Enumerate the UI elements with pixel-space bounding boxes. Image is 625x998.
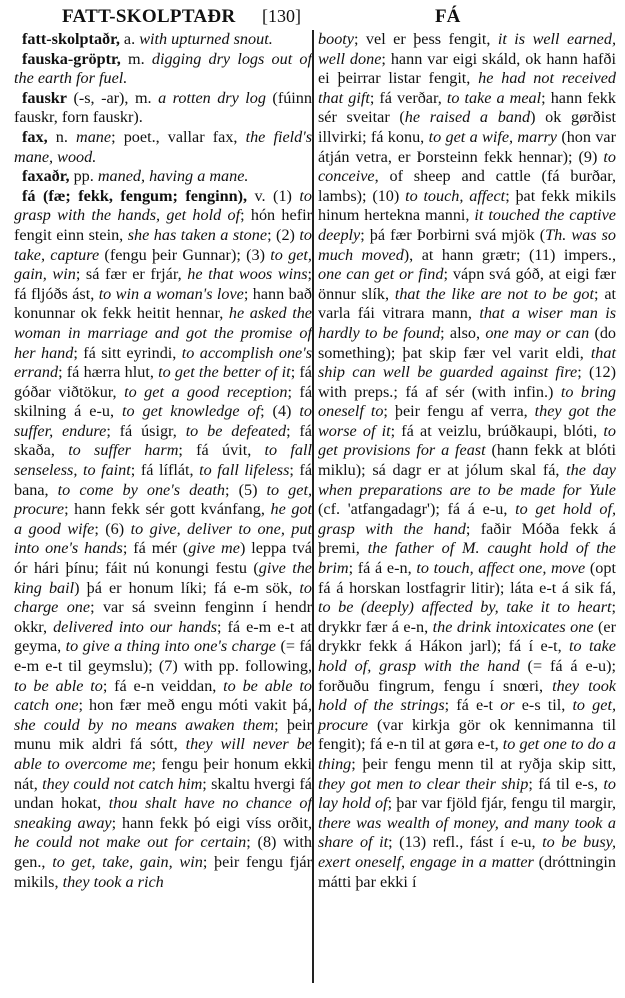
definition-gloss: he raised a band <box>405 108 530 126</box>
dictionary-entry: fax, n. mane; poet., vallar fax, the fie… <box>14 128 312 167</box>
headword: fauskr <box>22 89 67 107</box>
definition-gloss: with upturned snout. <box>139 30 273 48</box>
definition-gloss: to be defeated <box>186 422 286 440</box>
definition-gloss: or <box>500 696 514 714</box>
entry-text: ; fá úvit, <box>178 441 264 459</box>
definition-gloss: he that woos wins <box>187 265 307 283</box>
definition-gloss: booty <box>318 30 354 48</box>
definition-gloss: the drink intoxicates one <box>433 618 594 636</box>
definition-gloss: mane <box>76 128 111 146</box>
headword: fauska-gröptr, <box>22 50 121 68</box>
right-column: booty; vel er þess fengit, it is well ea… <box>318 30 616 892</box>
headword: faxaðr, <box>22 167 70 185</box>
entry-text: ; þeir fengu af verra, <box>383 402 534 420</box>
entry-text: a. <box>120 30 139 48</box>
definition-gloss: to touch, affect <box>405 187 505 205</box>
definition-gloss: to take a meal <box>447 89 541 107</box>
definition-gloss: to get knowledge of <box>122 402 260 420</box>
entry-text: ; (6) <box>94 520 130 538</box>
definition-gloss: to give a thing into one's charge <box>66 637 276 655</box>
definition-gloss: to get, take, gain, win <box>52 853 203 871</box>
definition-gloss: to touch, affect one, move <box>416 559 585 577</box>
entry-text: ) þá er honum líki; fá e-m sök, <box>74 579 299 597</box>
dictionary-entry: booty; vel er þess fengit, it is well ea… <box>318 30 616 892</box>
definition-gloss: delivered into our hands <box>53 618 217 636</box>
definition-gloss: they took a rich <box>63 873 164 891</box>
entry-text: ; fá e-t <box>445 696 501 714</box>
definition-gloss: to be (deeply) affected by, take it to h… <box>318 598 612 616</box>
definition-gloss: that the like are not to be got <box>395 285 594 303</box>
definition-gloss: to get a good reception <box>124 383 287 401</box>
definition-gloss: to come by one's death <box>58 481 225 499</box>
entry-text: ; (5) <box>225 481 267 499</box>
entry-text: ; fá hærra hlut, <box>58 363 158 381</box>
definition-gloss: give me <box>188 539 240 557</box>
entry-text: ; fá mér ( <box>123 539 188 557</box>
definition-gloss: a rotten dry log <box>158 89 266 107</box>
dictionary-entry: fatt-skolptaðr, a. with upturned snout. <box>14 30 312 50</box>
definition-gloss: she could by no means awaken them <box>14 716 274 734</box>
definition-gloss: to get the better of it <box>158 363 291 381</box>
headword: fá (fæ; fekk, fengum; fenginn), <box>22 187 247 205</box>
entry-text: ; vel er þess fengit, <box>354 30 498 48</box>
entry-text: ; fá úsigr, <box>106 422 185 440</box>
definition-gloss: they could not catch him <box>42 775 202 793</box>
left-guide-word: FATT-SKOLPTAÐR <box>62 6 235 28</box>
entry-text: ; þeir fengu menn til at ryðja skip sitt… <box>351 755 616 773</box>
left-column: fatt-skolptaðr, a. with upturned snout.f… <box>14 30 312 892</box>
definition-gloss: they got men to clear their ship <box>318 775 528 793</box>
definition-gloss: to be able to <box>14 677 103 695</box>
entry-text: m. <box>121 50 152 68</box>
entry-text: (fengu þeir Gunnar); (3) <box>99 246 270 264</box>
dictionary-entry: fauska-gröptr, m. digging dry logs out o… <box>14 50 312 89</box>
column-divider <box>312 30 314 983</box>
entry-text: n. <box>48 128 76 146</box>
definition-gloss: to get a wife, marry <box>429 128 557 146</box>
entry-text: ; fá e-n veiddan, <box>103 677 223 695</box>
definition-gloss: he could not make out for certain <box>14 833 246 851</box>
entry-text: ; fá líflát, <box>131 461 199 479</box>
page-body: fatt-skolptaðr, a. with upturned snout.f… <box>0 30 625 998</box>
definition-gloss: to suffer harm <box>68 441 178 459</box>
dictionary-entry: faxaðr, pp. maned, having a mane. <box>14 167 312 187</box>
entry-text: ; hann fekk þó eigi víss orðit, <box>112 814 312 832</box>
entry-text: ; fá til e-s, <box>528 775 603 793</box>
page-number: [130] <box>262 6 301 27</box>
entry-text: ; hon fær með engu móti vakit þá, <box>79 696 313 714</box>
entry-text: v. (1) <box>247 187 299 205</box>
running-header: FATT-SKOLPTAÐR [130] FÁ <box>0 0 625 30</box>
entry-text: (cf. 'atfangadagr'); fá á e-u, <box>318 500 515 518</box>
entry-text: pp. <box>70 167 98 185</box>
definition-gloss: to win a woman's love <box>99 285 244 303</box>
definition-gloss: one may or can <box>485 324 589 342</box>
entry-text: ), at hann grætr; (11) impers., <box>404 246 616 264</box>
entry-text: ; fá á e-n, <box>349 559 417 577</box>
entry-text: ; hann fekk sér gott kvánfang, <box>64 500 270 518</box>
entry-text: ; fá at veizlu, brúðkaupi, blóti, <box>391 422 604 440</box>
entry-text: ; þá fær Þorbirni svá mjök ( <box>360 226 545 244</box>
dictionary-entry: fá (fæ; fekk, fengum; fenginn), v. (1) t… <box>14 187 312 892</box>
dictionary-entry: fauskr (-s, -ar), m. a rotten dry log (f… <box>14 89 312 128</box>
entry-text: ; þar var fjöld fjár, fengu til margir, <box>388 794 616 812</box>
entry-text: ; poet., vallar fax, <box>111 128 246 146</box>
entry-text: ; (4) <box>260 402 299 420</box>
entry-text: ; also, <box>440 324 485 342</box>
entry-text: ; sá fær er frjár, <box>76 265 187 283</box>
entry-text: e-s til, <box>515 696 573 714</box>
entry-text: ; fá verðar, <box>370 89 447 107</box>
entry-text: ; (13) refl., fást í e-u, <box>388 833 542 851</box>
entry-text: ; fá sitt eyrindi, <box>73 344 181 362</box>
headword: fax, <box>22 128 48 146</box>
right-guide-word: FÁ <box>435 6 460 28</box>
entry-text: (-s, -ar), m. <box>67 89 158 107</box>
entry-text: ; (2) <box>267 226 299 244</box>
definition-gloss: she has taken a stone <box>128 226 267 244</box>
definition-gloss: maned, having a mane. <box>98 167 249 185</box>
definition-gloss: to fall lifeless <box>199 461 289 479</box>
definition-gloss: one can get or find <box>318 265 444 283</box>
headword: fatt-skolptaðr, <box>22 30 120 48</box>
